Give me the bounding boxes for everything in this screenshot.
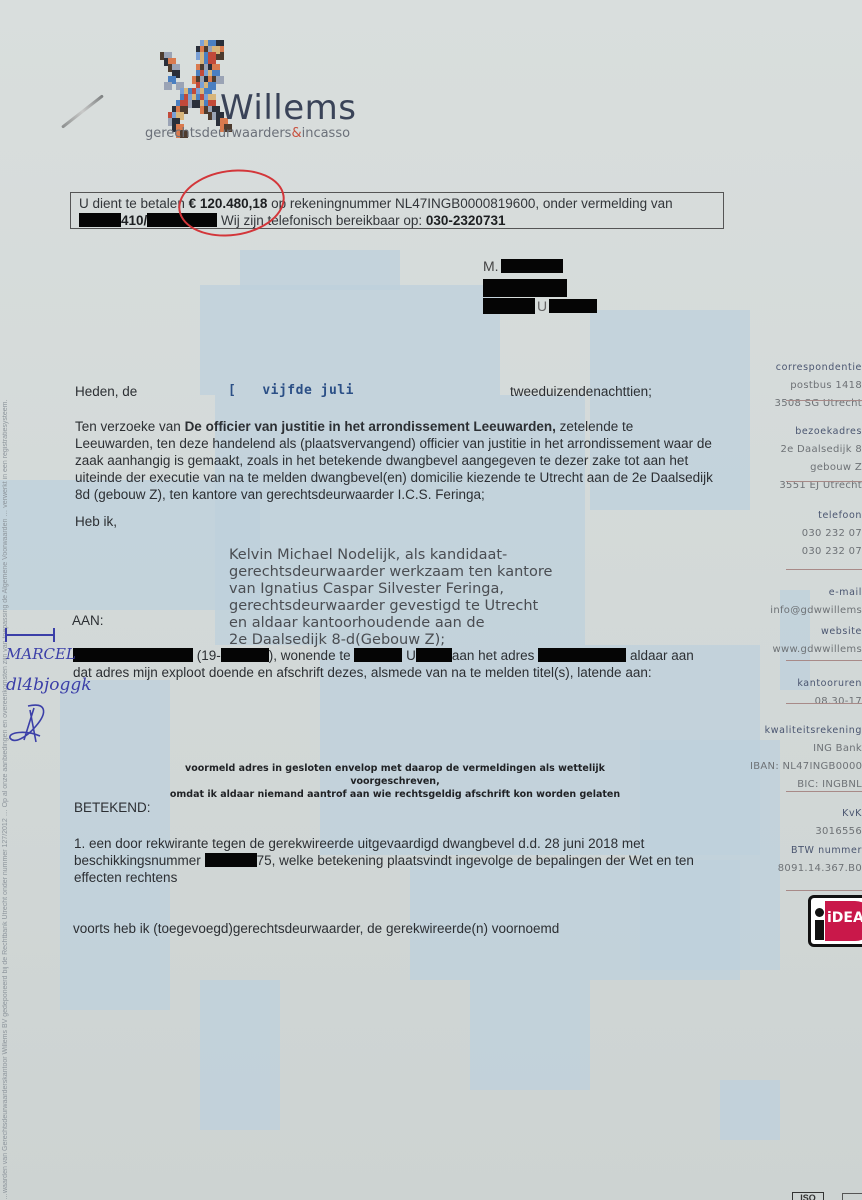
signature-icon (6, 700, 56, 750)
sidebar-divider (786, 481, 862, 482)
sidebar-divider (786, 791, 862, 792)
sidebar-value: 030 232 07 (750, 528, 862, 539)
staple (61, 94, 104, 128)
phone-number: 030-2320731 (426, 213, 506, 228)
betekend-label: BETEKEND: (74, 799, 151, 816)
heb-ik-label: Heb ik, (75, 513, 117, 530)
date-prefix: Heden, de (75, 383, 137, 400)
sidebar-divider (786, 890, 862, 891)
sidebar-divider (786, 400, 862, 401)
ideal-logo: iDEAL (808, 895, 862, 947)
sidebar-section-correspondentie: correspondentiepostbus 14183508 SG Utrec… (750, 362, 862, 409)
sidebar-value: IBAN: NL47INGB0000819600 (750, 761, 862, 772)
request-paragraph: Ten verzoeke van De officier van justiti… (75, 418, 725, 503)
brand-name: Willems (220, 88, 356, 128)
sidebar-divider (786, 569, 862, 570)
sidebar-section-btw-nummer: BTW nummer8091.14.367.B0 (750, 845, 862, 874)
sidebar-value: 08.30-17 (750, 696, 862, 707)
sidebar-section-kvk: KvK3016556 (750, 808, 862, 837)
date-stamp: [vijfde juli (228, 382, 354, 399)
addressee-line-2: dat adres mijn exploot doende en afschri… (73, 664, 652, 681)
handwritten-code: dl4bjoggk (6, 675, 92, 695)
sidebar-section-telefoon: telefoon030 232 07030 232 07 (750, 510, 862, 557)
date-year: tweeduizendenachttien; (510, 383, 652, 400)
sidebar-value: postbus 1418 (750, 380, 862, 391)
sidebar-value: BIC: INGBNL (750, 779, 862, 790)
sidebar-divider (786, 660, 862, 661)
sidebar-section-website: websitewww.gdwwillems (750, 626, 862, 655)
certification-badge (842, 1193, 862, 1200)
bailiff-block: Kelvin Michael Nodelijk, als kandidaat- … (229, 547, 552, 649)
sidebar-heading: website (750, 626, 862, 637)
addressee-line: (19-), wonende te Uaan het adres aldaar … (73, 647, 694, 664)
sidebar-heading: e-mail (750, 587, 862, 598)
red-pen-circle (174, 163, 289, 243)
sidebar-heading: bezoekadres (750, 426, 862, 437)
sidebar-heading: telefoon (750, 510, 862, 521)
redaction (79, 213, 121, 227)
voorts-line: voorts heb ik (toegevoegd)gerechtsdeurwa… (73, 920, 559, 937)
sidebar-value: 8091.14.367.B0 (750, 863, 862, 874)
sidebar-value: 3016556 (750, 826, 862, 837)
sidebar-divider (786, 703, 862, 704)
handwritten-name: MARCEL (6, 645, 76, 663)
payment-box: U dient te betalen € 120.480,18 op reken… (70, 192, 724, 229)
recipient-address: M. U (483, 255, 597, 317)
letter-page: …waarden van Gerechtsdeurwaarderskantoor… (0, 0, 862, 1200)
sidebar-value: ING Bank (750, 743, 862, 754)
sidebar-value: 030 232 07 (750, 546, 862, 557)
iso-badge: ISO (792, 1192, 824, 1200)
sidebar-value[interactable]: info@gdwwillems (750, 605, 862, 616)
served-item-1: 1. een door rekwirante tegen de gerekwir… (74, 835, 724, 886)
sidebar-heading: kwaliteitsrekening (750, 725, 862, 736)
handwritten-bracket (5, 628, 55, 642)
sidebar-section-e-mail: e-mailinfo@gdwwillems (750, 587, 862, 616)
sidebar-section-kwaliteitsrekening: kwaliteitsrekeningING BankIBAN: NL47INGB… (750, 725, 862, 790)
sidebar-heading: KvK (750, 808, 862, 819)
brand-subtitle: gerechtsdeurwaarders&incasso (145, 126, 350, 141)
sidebar-value[interactable]: www.gdwwillems (750, 644, 862, 655)
aan-label: AAN: (72, 612, 104, 629)
sidebar-heading: correspondentie (750, 362, 862, 373)
sidebar-value: gebouw Z (750, 462, 862, 473)
sidebar-heading: BTW nummer (750, 845, 862, 856)
sidebar-heading: kantooruren (750, 678, 862, 689)
sidebar-value: 2e Daalsedijk 8 (750, 444, 862, 455)
delivery-notice: voormeld adres in gesloten envelop met d… (150, 762, 640, 801)
